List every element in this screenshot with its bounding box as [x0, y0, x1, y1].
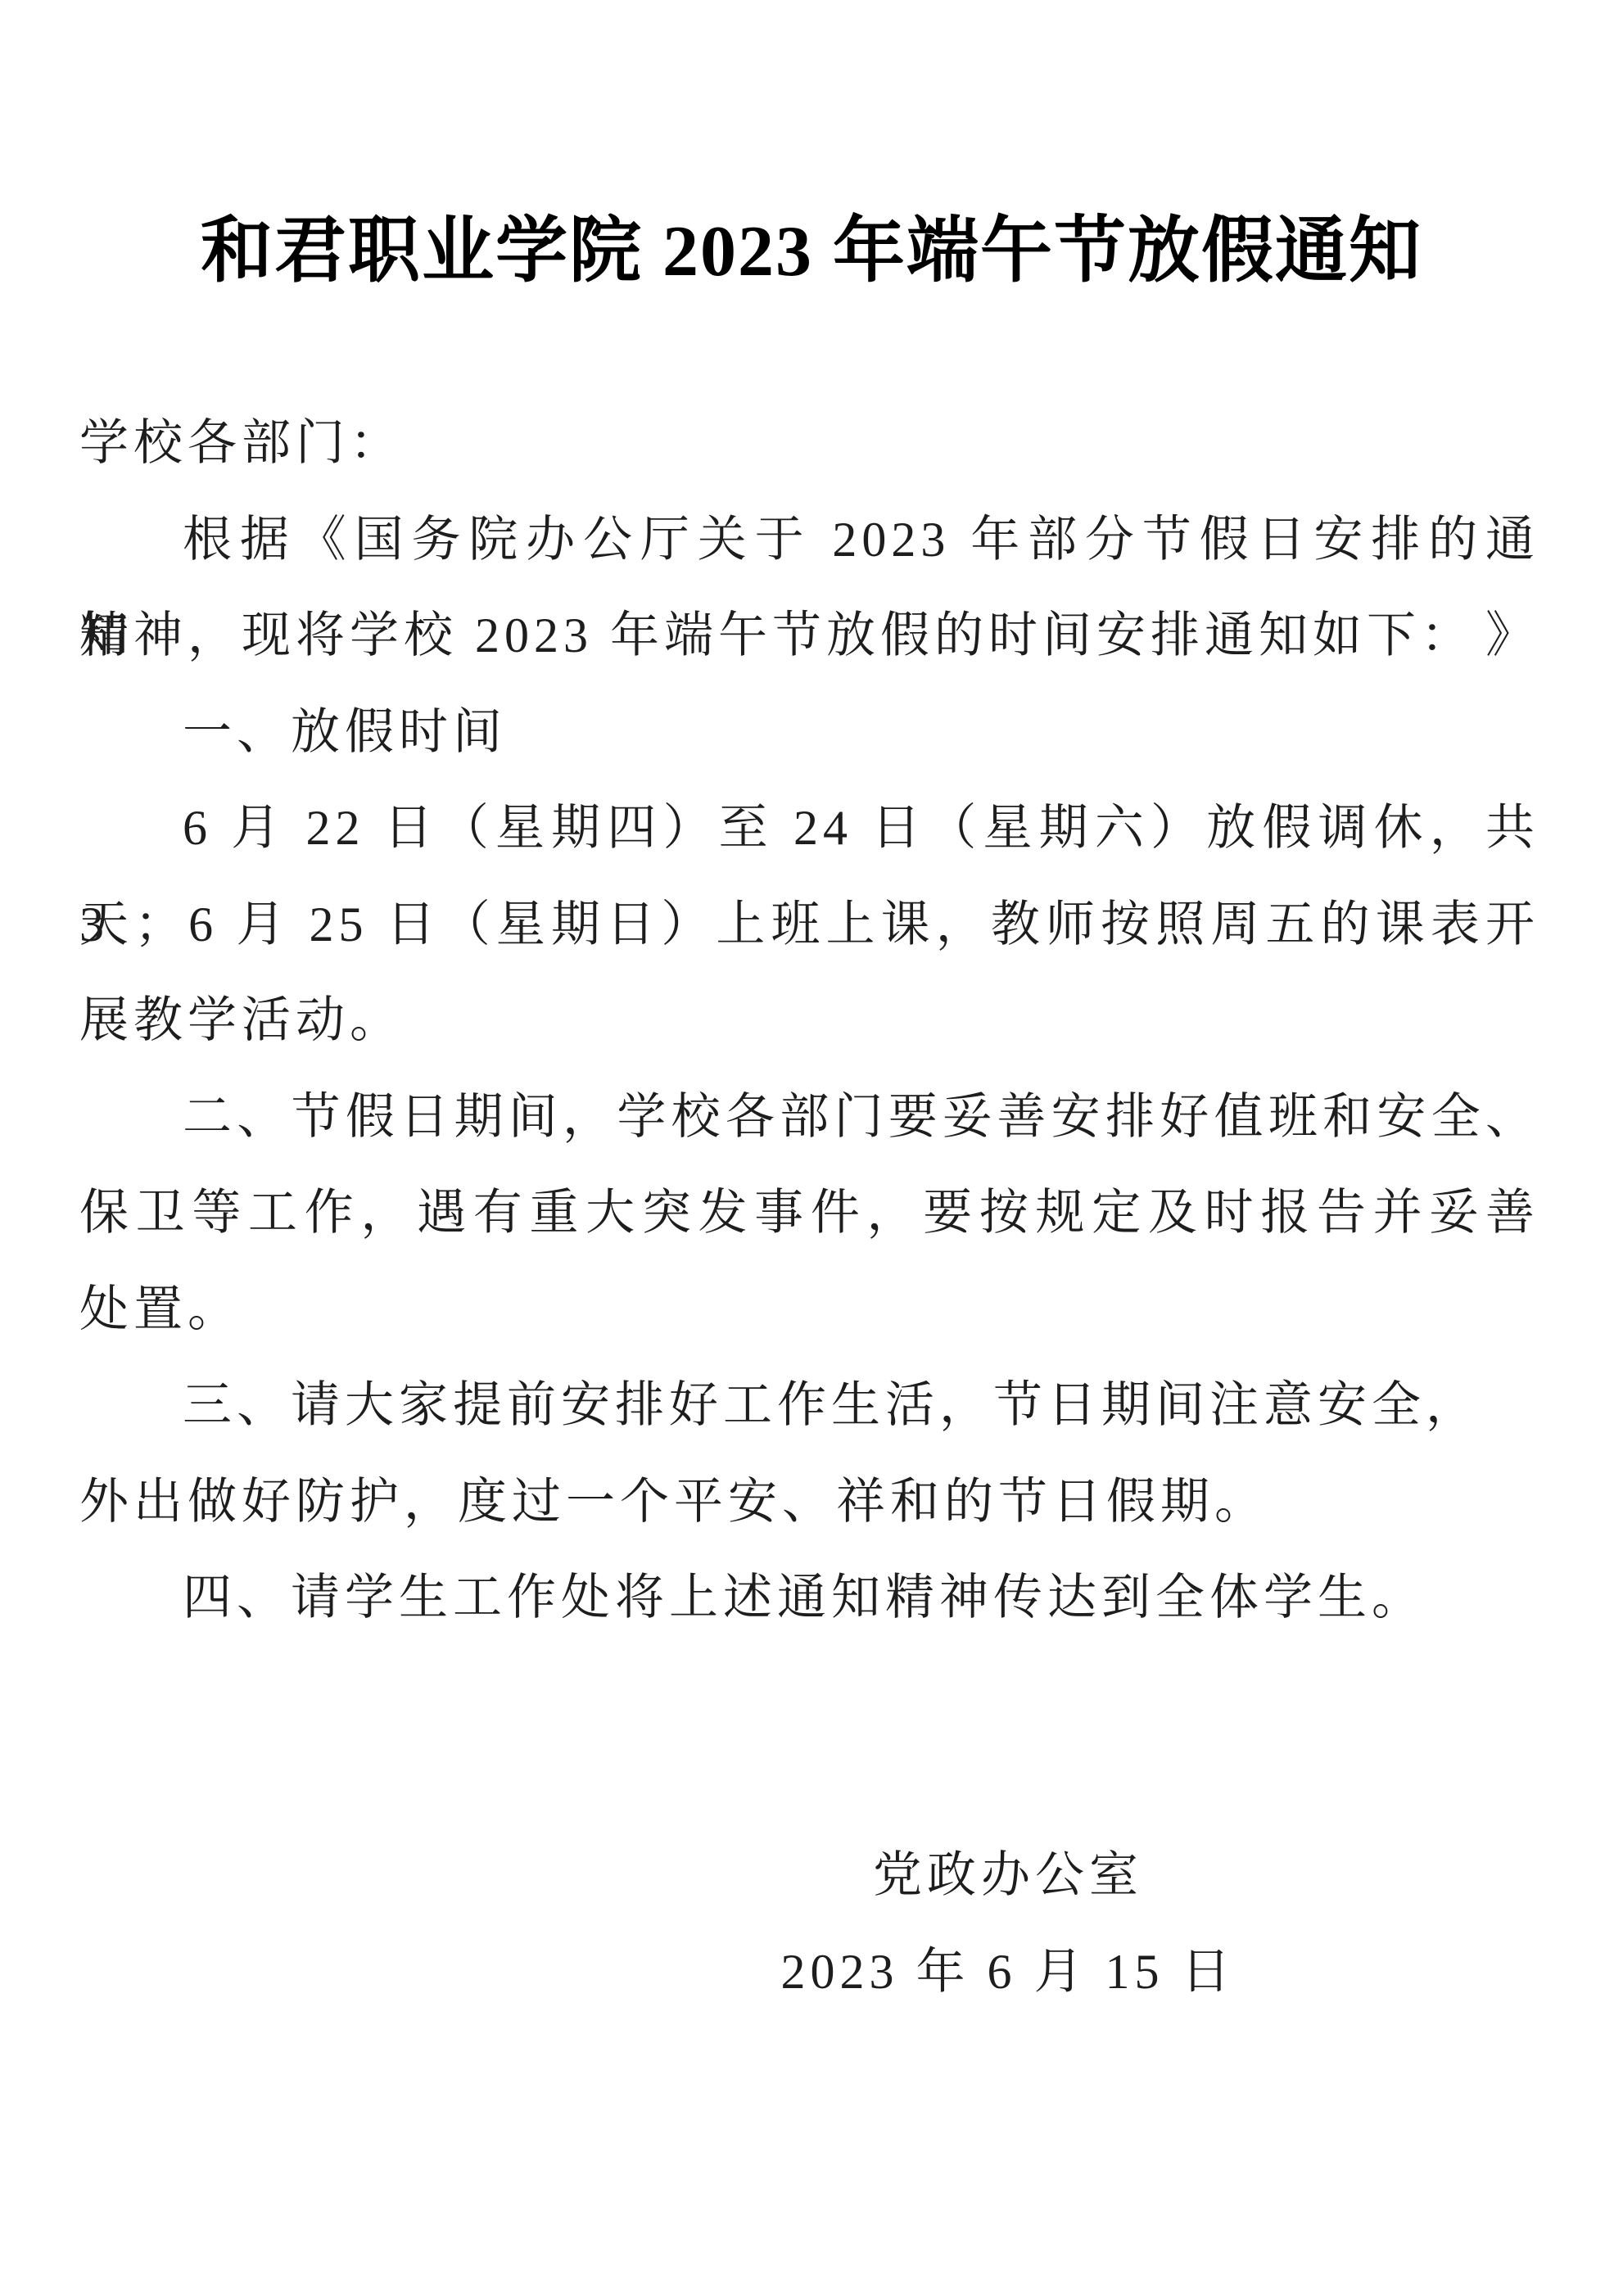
signature-department: 党政办公室: [781, 1828, 1236, 1924]
paragraph-line: 6 月 22 日（星期四）至 24 日（星期六）放假调休，共 3: [79, 780, 1539, 877]
paragraph-line: 展教学活动。: [79, 973, 1539, 1069]
paragraph-line: 二、节假日期间，学校各部门要妥善安排好值班和安全、: [79, 1069, 1539, 1166]
notice-document-page: 和君职业学院 2023 年端午节放假通知 学校各部门： 根据《国务院办公厅关于 …: [0, 0, 1623, 2296]
document-body: 学校各部门： 根据《国务院办公厅关于 2023 年部分节假日安排的通知》 精神，…: [79, 395, 1539, 1647]
paragraph-line: 四、请学生工作处将上述通知精神传达到全体学生。: [79, 1550, 1539, 1647]
document-title: 和君职业学院 2023 年端午节放假通知: [0, 203, 1623, 301]
salutation-line: 学校各部门：: [79, 395, 1539, 492]
section-heading-line: 一、放假时间: [79, 685, 1539, 781]
paragraph-line: 天；6 月 25 日（星期日）上班上课，教师按照周五的课表开: [79, 877, 1539, 974]
paragraph-line: 根据《国务院办公厅关于 2023 年部分节假日安排的通知》: [79, 492, 1539, 589]
signature-date: 2023 年 6 月 15 日: [781, 1924, 1236, 2021]
paragraph-line: 三、请大家提前安排好工作生活，节日期间注意安全，: [79, 1358, 1539, 1454]
paragraph-line: 保卫等工作，遇有重大突发事件，要按规定及时报告并妥善: [79, 1165, 1539, 1262]
paragraph-line: 精神，现将学校 2023 年端午节放假的时间安排通知如下：: [79, 588, 1539, 685]
paragraph-line: 外出做好防护，度过一个平安、祥和的节日假期。: [79, 1454, 1539, 1551]
signature-block: 党政办公室 2023 年 6 月 15 日: [781, 1828, 1236, 2020]
paragraph-line: 处置。: [79, 1262, 1539, 1358]
